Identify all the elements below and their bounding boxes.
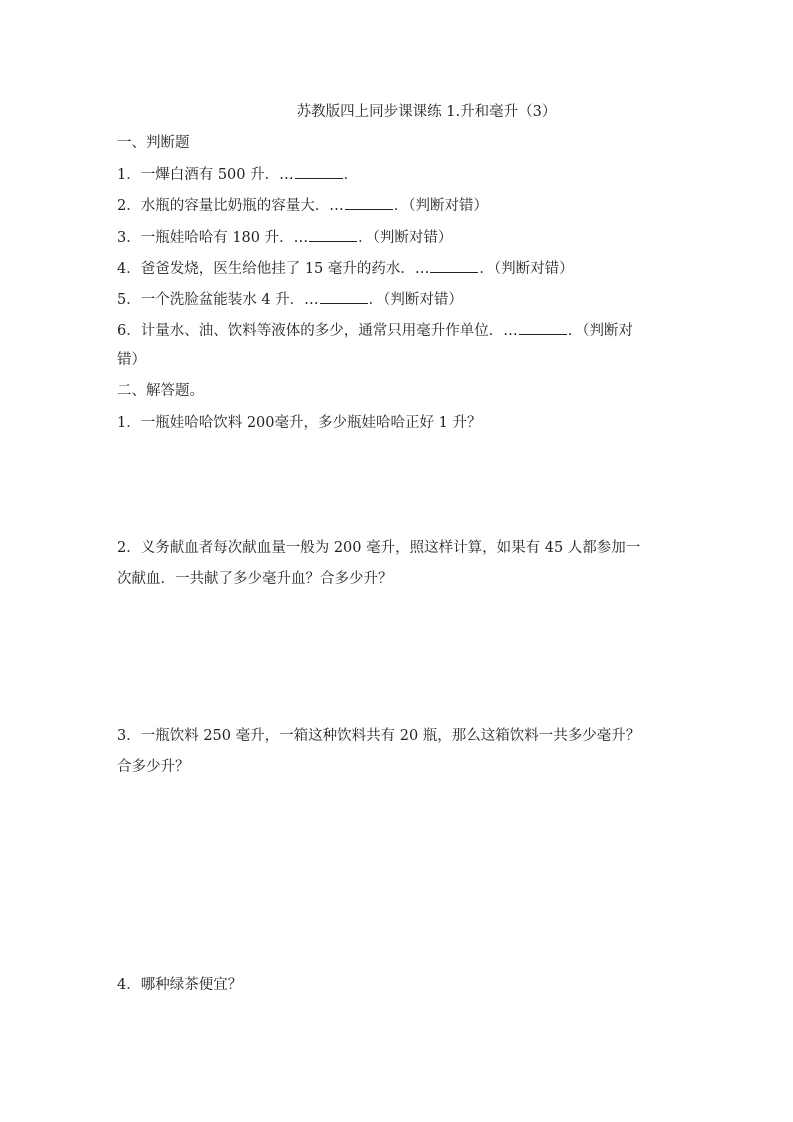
item-suffix: ． <box>344 167 359 183</box>
question-3-line-1: 3．一瓶饮料 250 毫升，一箱这种饮料共有 20 瓶，那么这箱饮料一共多少毫升… <box>117 726 640 746</box>
item-text: 2．水瓶的容量比奶瓶的容量大．… <box>117 198 344 214</box>
answer-blank[interactable] <box>320 289 368 304</box>
judgement-item-6: 6．计量水、油、饮料等液体的多少，通常只用毫升作单位．…．（判断对 <box>117 320 633 341</box>
item-suffix: ．（判断对 <box>568 323 633 339</box>
item-suffix: ．（判断对错） <box>479 261 573 277</box>
item-suffix: ．（判断对错） <box>358 230 452 246</box>
answer-blank[interactable] <box>309 227 357 242</box>
item-text: 6．计量水、油、饮料等液体的多少，通常只用毫升作单位．… <box>117 323 518 339</box>
question-2-line-2: 次献血．一共献了多少毫升血？合多少升？ <box>117 569 393 589</box>
section-heading-judgement: 一、判断题 <box>117 133 190 153</box>
section-heading-answers: 二、解答题。 <box>117 381 204 401</box>
judgement-item-1: 1．一熚白酒有 500 升．…． <box>117 164 358 185</box>
judgement-item-3: 3．一瓶娃哈哈有 180 升．…．（判断对错） <box>117 227 452 248</box>
judgement-item-2: 2．水瓶的容量比奶瓶的容量大．…．（判断对错） <box>117 195 488 216</box>
question-2-line-1: 2．义务献血者每次献血量一般为 200 毫升，照这样计算，如果有 45 人都参加… <box>117 538 640 558</box>
question-1: 1．一瓶娃哈哈饮料 200毫升，多少瓶娃哈哈正好 1 升？ <box>117 413 481 433</box>
answer-blank[interactable] <box>295 164 343 179</box>
item-suffix: ．（判断对错） <box>369 292 463 308</box>
answer-blank[interactable] <box>345 195 393 210</box>
question-3-line-2: 合多少升？ <box>117 757 190 777</box>
item-text: 4．爸爸发烧，医生给他挂了 15 毫升的药水．… <box>117 261 429 277</box>
judgement-item-5: 5．一个洗脸盆能装水 4 升．…．（判断对错） <box>117 289 463 310</box>
page-title: 苏教版四上同步课课练 1.升和毫升（3） <box>0 102 793 122</box>
item-text: 3．一瓶娃哈哈有 180 升．… <box>117 230 308 246</box>
question-4: 4．哪种绿茶便宜？ <box>117 975 242 995</box>
answer-blank[interactable] <box>519 320 567 335</box>
item-text: 5．一个洗脸盆能装水 4 升．… <box>117 292 319 308</box>
answer-blank[interactable] <box>430 258 478 273</box>
judgement-item-6-continuation: 错） <box>117 350 146 370</box>
item-suffix: ．（判断对错） <box>394 198 488 214</box>
judgement-item-4: 4．爸爸发烧，医生给他挂了 15 毫升的药水．…．（判断对错） <box>117 258 574 279</box>
item-text: 1．一熚白酒有 500 升．… <box>117 167 294 183</box>
